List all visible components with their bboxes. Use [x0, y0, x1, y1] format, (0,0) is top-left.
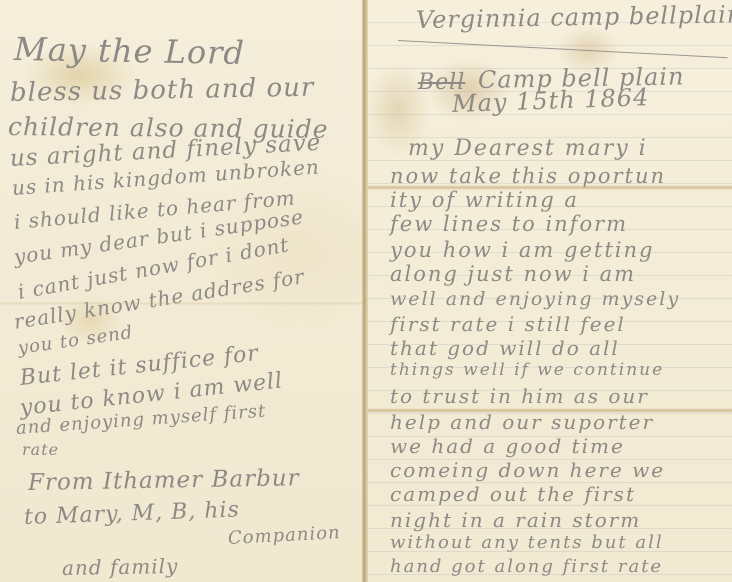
right-page: Verginnia camp bellplain Bell Camp bell … — [368, 0, 732, 582]
right-line: few lines to inform — [390, 212, 628, 236]
paper-fold — [368, 185, 732, 190]
right-line: you how i am getting — [390, 238, 654, 262]
left-page: May the Lord bless us both and our child… — [0, 0, 364, 582]
letter-spread: May the Lord bless us both and our child… — [0, 0, 732, 582]
right-line: night in a rain storm — [390, 508, 641, 532]
right-line: without any tents but all — [390, 532, 664, 553]
right-line: well and enjoying mysely — [390, 288, 680, 310]
right-line: along just now i am — [390, 262, 636, 286]
right-line: hand got along first rate — [390, 556, 663, 577]
left-line: to Mary, M, B, his — [24, 497, 241, 530]
paper-fold — [0, 302, 364, 305]
left-line: bless us both and our — [10, 73, 315, 108]
left-line: May the Lord — [14, 30, 246, 72]
right-line: camped out the first — [390, 482, 636, 506]
header-rule — [398, 40, 728, 58]
right-line: to trust in him as our — [390, 384, 649, 408]
right-line: ity of writing a — [390, 188, 579, 212]
right-line: we had a good time — [390, 434, 625, 458]
header-date: May 15th 1864 — [452, 83, 650, 118]
paper-fold — [368, 408, 732, 413]
left-line: From Ithamer Barbur — [28, 465, 300, 496]
right-line: comeing down here we — [390, 458, 665, 482]
left-line: rate — [22, 440, 59, 459]
right-line: first rate i still feel — [390, 312, 626, 336]
left-line: Companion — [227, 522, 341, 549]
right-line: help and our suporter — [390, 410, 654, 434]
left-line: and family — [62, 554, 179, 580]
right-line: my Dearest mary i — [408, 136, 648, 161]
right-line: that god will do all — [390, 336, 620, 360]
right-line: things well if we continue — [390, 360, 664, 380]
header-place: Verginnia camp bellplain — [416, 0, 732, 34]
